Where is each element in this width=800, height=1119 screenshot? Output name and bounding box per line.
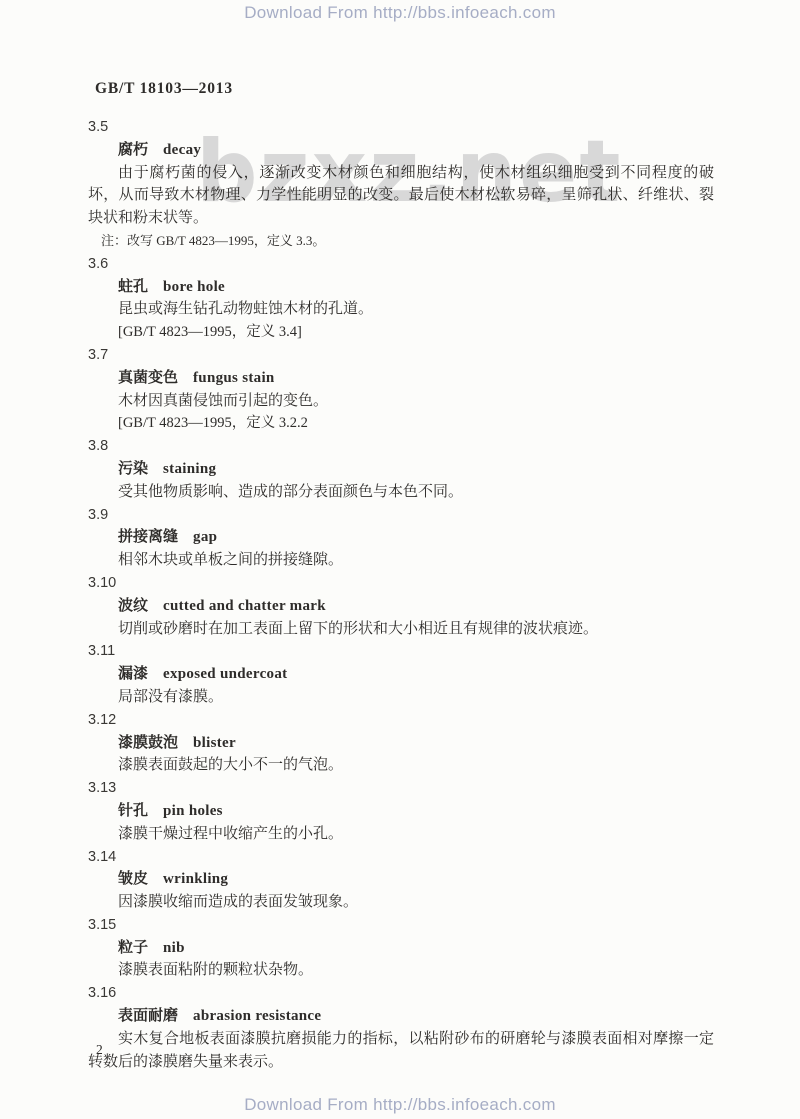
definition-section-3-12: 3.12 漆膜鼓泡blister 漆膜表面鼓起的大小不一的气泡。 [88,709,714,777]
section-number: 3.14 [88,846,714,869]
term-english: wrinkling [163,871,228,887]
section-number: 3.13 [88,777,714,800]
reference-text: [GB/T 4823—1995，定义 3.4] [88,321,714,344]
term-line: 腐朽decay [88,139,714,162]
download-banner-top: Download From http://bbs.infoeach.com [0,3,800,23]
definition-text: 切削或砂磨时在加工表面上留下的形状和大小相近且有规律的波状痕迹。 [88,618,714,641]
definition-text: 木材因真菌侵蚀而引起的变色。 [88,390,714,413]
term-line: 拼接离缝gap [88,526,714,549]
definition-section-3-14: 3.14 皱皮wrinkling 因漆膜收缩而造成的表面发皱现象。 [88,846,714,914]
term-chinese: 波纹 [118,598,148,614]
reference-text: [GB/T 4823—1995，定义 3.2.2 [88,412,714,435]
definition-section-3-15: 3.15 粒子nib 漆膜表面粘附的颗粒状杂物。 [88,914,714,982]
term-chinese: 蛀孔 [118,279,148,295]
term-english: gap [193,529,217,545]
term-chinese: 真菌变色 [118,370,178,386]
definition-text: 由于腐朽菌的侵入，逐渐改变木材颜色和细胞结构，使木材组织细胞受到不同程度的破坏，… [88,162,714,230]
section-number: 3.16 [88,982,714,1005]
term-line: 针孔pin holes [88,800,714,823]
section-number: 3.5 [88,116,714,139]
definition-section-3-16: 3.16 表面耐磨abrasion resistance 实木复合地板表面漆膜抗… [88,982,714,1073]
definition-section-3-9: 3.9 拼接离缝gap 相邻木块或单板之间的拼接缝隙。 [88,504,714,572]
section-number: 3.6 [88,253,714,276]
term-chinese: 污染 [118,461,148,477]
definition-section-3-8: 3.8 污染staining 受其他物质影响、造成的部分表面颜色与本色不同。 [88,435,714,503]
download-banner-bottom: Download From http://bbs.infoeach.com [0,1095,800,1115]
section-number: 3.15 [88,914,714,937]
note-text: 注：改写 GB/T 4823—1995，定义 3.3。 [88,230,714,253]
term-chinese: 漏漆 [118,666,148,682]
term-english: staining [163,461,216,477]
definition-section-3-5: 3.5 腐朽decay 由于腐朽菌的侵入，逐渐改变木材颜色和细胞结构，使木材组织… [88,116,714,253]
definition-section-3-10: 3.10 波纹cutted and chatter mark 切削或砂磨时在加工… [88,572,714,640]
term-line: 粒子nib [88,937,714,960]
definition-text: 昆虫或海生钻孔动物蛀蚀木材的孔道。 [88,298,714,321]
term-english: decay [163,142,201,158]
term-english: abrasion resistance [193,1008,321,1024]
definition-text: 漆膜干燥过程中收缩产生的小孔。 [88,823,714,846]
term-line: 波纹cutted and chatter mark [88,595,714,618]
term-line: 污染staining [88,458,714,481]
term-english: cutted and chatter mark [163,598,326,614]
term-chinese: 皱皮 [118,871,148,887]
term-chinese: 漆膜鼓泡 [118,735,178,751]
term-english: bore hole [163,279,225,295]
term-english: nib [163,940,185,956]
term-chinese: 拼接离缝 [118,529,178,545]
term-english: blister [193,735,236,751]
term-line: 蛀孔bore hole [88,276,714,299]
term-line: 皱皮wrinkling [88,868,714,891]
definition-section-3-7: 3.7 真菌变色fungus stain 木材因真菌侵蚀而引起的变色。 [GB/… [88,344,714,435]
definition-section-3-11: 3.11 漏漆exposed undercoat 局部没有漆膜。 [88,640,714,708]
term-line: 漆膜鼓泡blister [88,732,714,755]
term-chinese: 针孔 [118,803,148,819]
section-number: 3.10 [88,572,714,595]
term-english: pin holes [163,803,223,819]
definition-text: 相邻木块或单板之间的拼接缝隙。 [88,549,714,572]
section-number: 3.7 [88,344,714,367]
page-number: 2 [96,1042,103,1058]
definition-section-3-13: 3.13 针孔pin holes 漆膜干燥过程中收缩产生的小孔。 [88,777,714,845]
definition-text: 漆膜表面鼓起的大小不一的气泡。 [88,754,714,777]
definition-section-3-6: 3.6 蛀孔bore hole 昆虫或海生钻孔动物蛀蚀木材的孔道。 [GB/T … [88,253,714,344]
document-page: Download From http://bbs.infoeach.com bz… [0,0,800,1119]
term-line: 漏漆exposed undercoat [88,663,714,686]
definition-text: 实木复合地板表面漆膜抗磨损能力的指标，以粘附砂布的研磨轮与漆膜表面相对摩擦一定转… [88,1028,714,1074]
term-english: exposed undercoat [163,666,287,682]
definition-text: 因漆膜收缩而造成的表面发皱现象。 [88,891,714,914]
section-number: 3.12 [88,709,714,732]
definition-text: 局部没有漆膜。 [88,686,714,709]
term-line: 表面耐磨abrasion resistance [88,1005,714,1028]
term-english: fungus stain [193,370,275,386]
term-chinese: 表面耐磨 [118,1008,178,1024]
section-number: 3.11 [88,640,714,663]
term-chinese: 腐朽 [118,142,148,158]
section-number: 3.8 [88,435,714,458]
definitions-list: 3.5 腐朽decay 由于腐朽菌的侵入，逐渐改变木材颜色和细胞结构，使木材组织… [88,116,714,1073]
doc-number: GB/T 18103—2013 [95,80,233,98]
term-chinese: 粒子 [118,940,148,956]
section-number: 3.9 [88,504,714,527]
definition-text: 漆膜表面粘附的颗粒状杂物。 [88,959,714,982]
term-line: 真菌变色fungus stain [88,367,714,390]
definition-text: 受其他物质影响、造成的部分表面颜色与本色不同。 [88,481,714,504]
